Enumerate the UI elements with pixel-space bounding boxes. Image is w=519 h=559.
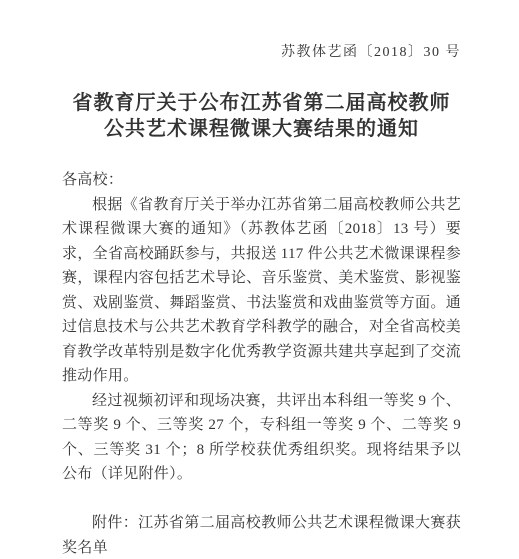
document-title-line-2: 公共艺术课程微课大赛结果的通知 [62, 116, 461, 142]
salutation: 各高校： [62, 168, 461, 193]
document-title-line-1: 省教育厅关于公布江苏省第二届高校教师 [62, 90, 461, 116]
document-title: 省教育厅关于公布江苏省第二届高校教师 公共艺术课程微课大赛结果的通知 [62, 90, 461, 142]
doc-number: 苏教体艺函〔2018〕30 号 [62, 44, 461, 62]
document-page: 苏教体艺函〔2018〕30 号 省教育厅关于公布江苏省第二届高校教师 公共艺术课… [0, 0, 519, 559]
body-paragraph-2: 经过视频初评和现场决赛，共评出本科组一等奖 9 个、二等奖 9 个、三等奖 27… [62, 389, 461, 487]
document-body: 各高校： 根据《省教育厅关于举办江苏省第二届高校教师公共艺术课程微课大赛的通知》… [62, 168, 461, 559]
body-paragraph-1: 根据《省教育厅关于举办江苏省第二届高校教师公共艺术课程微课大赛的通知》（苏教体艺… [62, 193, 461, 389]
attachment-line: 附件：江苏省第二届高校教师公共艺术课程微课大赛获奖名单 [62, 511, 461, 559]
